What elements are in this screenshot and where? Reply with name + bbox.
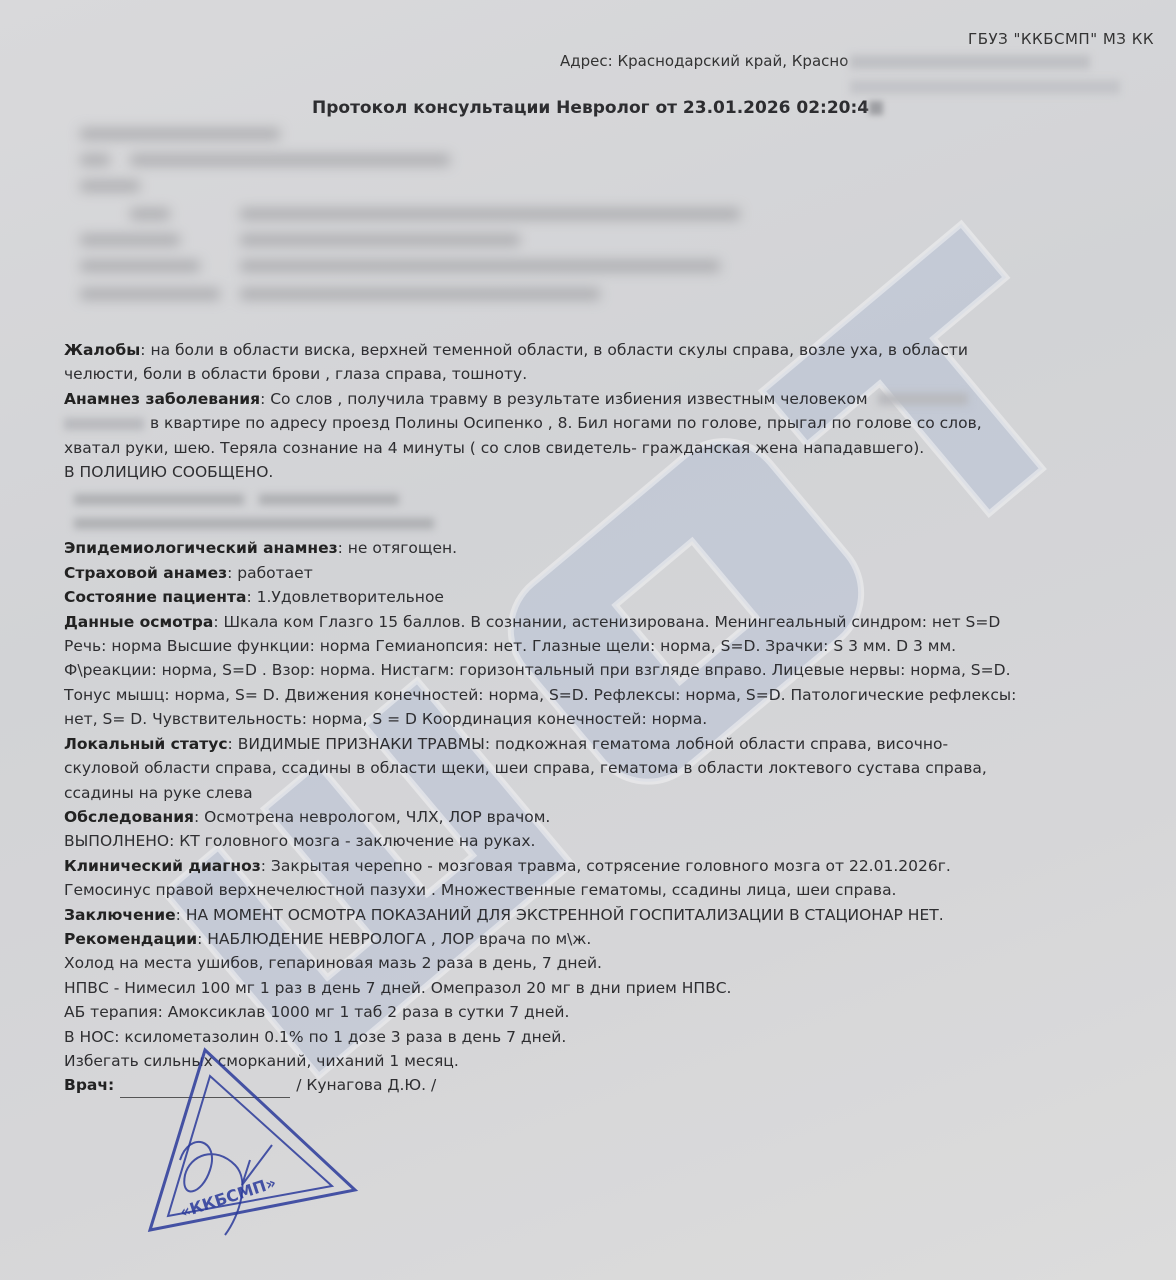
section-insurance-anamnesis: Страховой анамез: работает xyxy=(64,561,1164,585)
section-patient-condition: Состояние пациента: 1.Удовлетворительное xyxy=(64,585,1164,609)
section-clinical-diagnosis: Клинический диагноз: Закрытая черепно - … xyxy=(64,854,1164,903)
address: Адрес: Краснодарский край, Красно xyxy=(560,52,1090,70)
doctor-label: Врач: xyxy=(64,1076,114,1094)
organization-name: ГБУЗ "ККБСМП" МЗ КК xyxy=(968,30,1154,48)
section-conclusion: Заключение: НА МОМЕНТ ОСМОТРА ПОКАЗАНИЙ … xyxy=(64,903,1164,927)
section-complaints: Жалобы: на боли в области виска, верхней… xyxy=(64,338,1164,387)
section-local-status: Локальный статус: ВИДИМЫЕ ПРИЗНАКИ ТРАВМ… xyxy=(64,732,1164,805)
section-examination: Данные осмотра: Шкала ком Глазго 15 балл… xyxy=(64,610,1164,732)
document-title: Протокол консультации Невролог от 23.01.… xyxy=(312,98,883,118)
doctor-signature-row: Врач:/ Кунагова Д.Ю. / xyxy=(64,1073,1164,1097)
redacted-address xyxy=(850,55,1090,69)
redacted-patient-info xyxy=(80,120,780,320)
redacted-contacts xyxy=(850,80,1120,94)
redacted-life-anamnesis xyxy=(64,484,1164,536)
section-examinations: Обследования: Осмотрена неврологом, ЧЛХ,… xyxy=(64,805,1164,854)
address-label: Адрес: xyxy=(560,52,613,70)
protocol-body: Жалобы: на боли в области виска, верхней… xyxy=(64,338,1164,1098)
signature-line xyxy=(120,1097,290,1098)
svg-text:«ККБСМП»: «ККБСМП» xyxy=(177,1173,278,1222)
section-anamnesis-disease: Анамнез заболевания: Со слов , получила … xyxy=(64,387,1164,485)
doctor-name: / Кунагова Д.Ю. / xyxy=(296,1076,436,1094)
redacted-name xyxy=(64,418,144,430)
address-value: Краснодарский край, Красно xyxy=(617,52,848,70)
section-epidemiological-anamnesis: Эпидемиологический анамнез: не отягощен. xyxy=(64,536,1164,560)
redacted-name xyxy=(878,393,968,405)
section-recommendations: Рекомендации: НАБЛЮДЕНИЕ НЕВРОЛОГА , ЛОР… xyxy=(64,927,1164,1073)
document-page: ГБУЗ "ККБСМП" МЗ КК Адрес: Краснодарский… xyxy=(0,0,1176,1280)
